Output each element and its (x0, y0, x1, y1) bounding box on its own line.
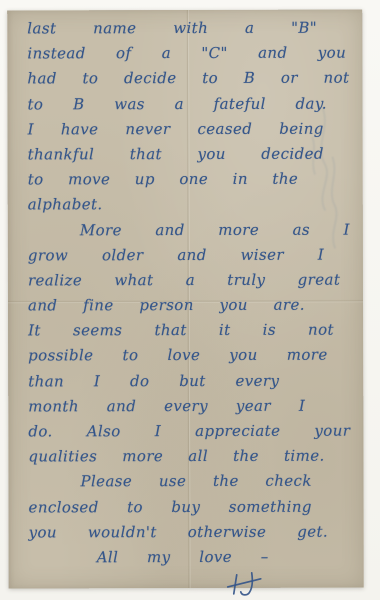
signature-monogram (225, 570, 265, 598)
letter-closing: All my love – (97, 545, 269, 571)
letter-paper: last name with a "B"instead of a "C" and… (7, 10, 364, 589)
letter-line: you wouldn't otherwise get. (29, 519, 329, 545)
letter-line: I have never ceased being (28, 116, 324, 142)
letter-line: realize what a truly great (28, 267, 340, 293)
letter-line: It seems that it is not (28, 318, 334, 344)
letter-line: to move up one in the (28, 167, 299, 193)
signature-row (29, 570, 351, 599)
letter-text: last name with a "B"instead of a "C" and… (27, 16, 351, 599)
letter-line: instead of a "C" and you (27, 41, 346, 67)
letter-line: thankful that you decided (28, 142, 324, 168)
letter-line: possible to love you more (28, 343, 328, 369)
letter-line: last name with a "B" (27, 16, 317, 42)
letter-line: to B was a fateful day. (27, 91, 327, 117)
letter-line: month and every year I (28, 393, 305, 419)
letter-line: than I do but every (28, 368, 279, 394)
letter-line: grow older and wiser I (28, 242, 324, 268)
letter-line: and fine person you are. (28, 293, 305, 319)
letter-line: qualities more all the time. (28, 444, 324, 470)
letter-line: alphabet. (28, 192, 350, 218)
letter-line: More and more as I (28, 217, 350, 243)
letter-photo: last name with a "B"instead of a "C" and… (0, 0, 380, 600)
letter-line: had to decide to B or not (27, 66, 349, 92)
letter-line: enclosed to buy something (29, 494, 312, 520)
letter-line: Please use the check (28, 469, 311, 495)
letter-line: do. Also I appreciate your (28, 419, 350, 445)
